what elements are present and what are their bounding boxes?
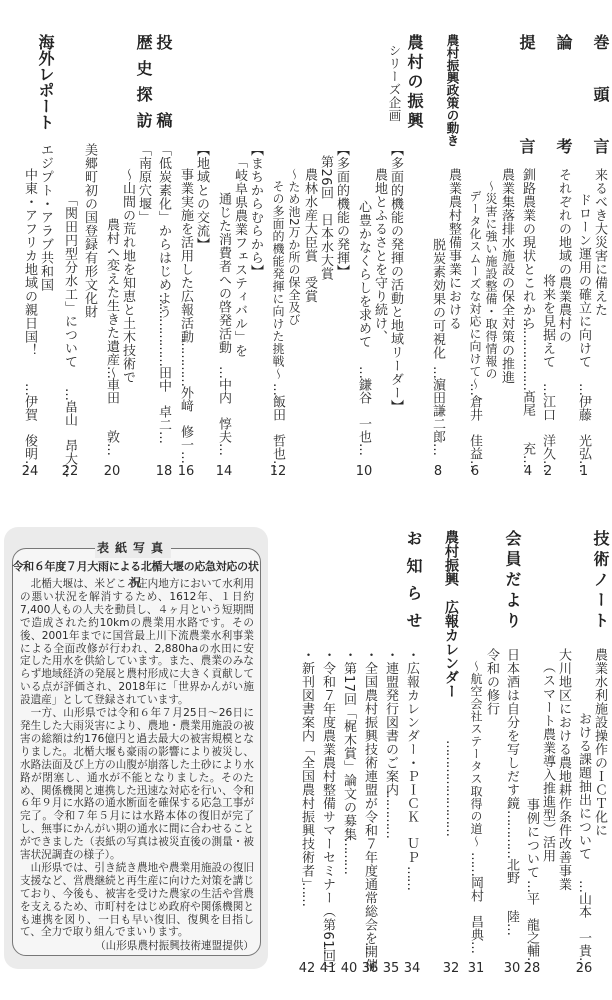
toc-entry-line[interactable]: ～災害に強い施設整備・取得情報の: [484, 180, 497, 380]
toc-entry-line[interactable]: 将来を見据えて: [541, 274, 554, 369]
toc-entry-line[interactable]: 日本酒は自分を写しだす鏡: [505, 648, 518, 810]
toc-entry-page[interactable]: 4: [519, 465, 537, 478]
toc-entry-line[interactable]: 「岐阜県農業フェスティバル」を: [233, 155, 246, 358]
toc-entry-author: ……岡村 昌典…: [469, 852, 482, 953]
toc-entry-author: …平 龍之輔…: [525, 880, 538, 969]
toc-entry-line[interactable]: 農地とふるさとを守り続け、: [373, 168, 386, 344]
toc-entry-line[interactable]: 第26回 日本水大賞: [319, 155, 332, 281]
toc-entry-line[interactable]: 【多面的機能の発揮の活動と地域リーダー】: [389, 143, 402, 413]
toc-entry-line[interactable]: 【地域との交流】: [195, 143, 208, 251]
section-heading-teigen: 提言: [518, 34, 534, 154]
toc-entry-author: …………外﨑 修一…: [179, 338, 192, 463]
toc-entry-line[interactable]: 農林水産大臣賞 受賞: [303, 168, 316, 303]
toc-entry-line[interactable]: 「関田円型分水工」について: [63, 193, 76, 369]
section-heading-pr-calendar[interactable]: 農村振興 広報カレンダー: [444, 530, 458, 698]
toc-entry-line[interactable]: 中東・アフリカ地域の親日国！: [23, 168, 36, 357]
toc-leader-dots: ……: [300, 882, 313, 906]
toc-entry-line[interactable]: 通じた消費者への啓発活動: [217, 192, 230, 354]
toc-entry-line[interactable]: 脱炭素効果の可視化: [431, 238, 444, 360]
toc-leader-dots: ………: [342, 838, 355, 874]
section-heading-notices: お知らせ: [405, 530, 421, 628]
toc-entry-page[interactable]: 20: [103, 465, 121, 478]
section-heading-policy: 農村振興政策の動き: [446, 34, 459, 147]
toc-entry-line[interactable]: 事業実施を活用した広報活動: [179, 168, 192, 344]
toc-entry-page[interactable]: 24: [21, 465, 39, 478]
notice-item-page[interactable]: 34: [403, 962, 421, 975]
notice-item-page[interactable]: 42: [298, 962, 316, 975]
toc-entry-author: ………………髙尾 充…: [521, 318, 534, 467]
toc-leader-dots: …: [321, 942, 334, 954]
toc-leader-dots: …………: [384, 790, 397, 838]
toc-entry-line[interactable]: 大川地区における農地耕作条件改善事業: [557, 648, 570, 891]
notice-item[interactable]: ・令和７年度農業農村整備サマーセミナー（第61回）: [321, 648, 334, 976]
toc-entry-page[interactable]: 12: [269, 465, 287, 478]
toc-entry-line[interactable]: （スマート農業導入推進型）活用: [541, 660, 554, 863]
cover-paragraph: 一方、山形県では令和６年７月25日～26日に発生した大雨災害により、農地・農業用…: [20, 707, 254, 862]
toc-leader-dots: ……: [405, 866, 418, 890]
section-heading-rural-development: 農村の振興: [406, 34, 422, 128]
cover-paragraph: 山形県では、引き続き農地や農業用施設の復旧支援など、営農継続と再生産に向けた対策…: [20, 862, 254, 939]
notice-item[interactable]: ・連盟発行図書のご案内: [384, 648, 397, 797]
toc-entry-author: …山本 一貴…: [577, 880, 590, 969]
notice-item[interactable]: ・第17回「梶木賞」論文の募集: [342, 648, 355, 841]
notice-item[interactable]: ・全国農村振興技術連盟が令和７年度通常総会を開催: [363, 648, 376, 972]
toc-entry-page[interactable]: 18: [155, 465, 173, 478]
toc-entry-line[interactable]: 農村へ変えた生きた遺産～: [105, 218, 118, 380]
toc-entry-page[interactable]: 32: [442, 962, 460, 975]
section-heading-tech-note: 技術ノート: [592, 530, 608, 628]
cover-photo-description: 北楯大堰は、米どころ庄内地方において水利用の悪い状況を解消するため、1612年、…: [20, 578, 254, 939]
toc-entry-author: …中内 惇夫…: [217, 366, 230, 455]
toc-entry-line[interactable]: 【まちからむらから】: [249, 143, 262, 278]
toc-entry-line[interactable]: 美郷町初の国登録有形文化財: [83, 143, 96, 319]
notice-item-page[interactable]: 40: [340, 962, 358, 975]
toc-entry-author: …車田 敦…: [105, 366, 118, 455]
toc-entry-author: ………………田中 卓二…: [157, 294, 170, 443]
section-heading-history: 歴史探訪: [135, 34, 151, 128]
toc-entry-author: …濵田謙二郎…: [431, 366, 444, 455]
section-heading-ronkou: 論考: [555, 34, 571, 154]
toc-entry-line[interactable]: ドローン運用の確立に向けて: [577, 193, 590, 369]
toc-entry-page[interactable]: 14: [215, 465, 233, 478]
toc-entry-page[interactable]: 30: [503, 962, 521, 975]
toc-entry-page[interactable]: 26: [575, 962, 593, 975]
toc-entry-line[interactable]: おける課題抽出について: [577, 712, 590, 861]
toc-entry-line[interactable]: 心豊かなくらしを求めて: [357, 200, 370, 349]
cover-photo-credit: （山形県農村振興技術連盟提供）: [90, 938, 254, 953]
toc-entry-line[interactable]: 来るべき大災害に備えた: [593, 168, 606, 317]
toc-entry-line[interactable]: 農業農村整備事業における: [447, 168, 460, 330]
toc-entry-author: …伊賀 俊明…: [23, 383, 36, 472]
toc-entry-line[interactable]: 釧路農業の現状とこれから: [521, 168, 534, 330]
toc-entry-line[interactable]: その多面的機能発揮に向けた挑戦～: [271, 180, 284, 380]
toc-entry-line[interactable]: 【多面的機能の発揮】: [335, 143, 348, 278]
toc-entry-line[interactable]: ～航空会社ステータス取得の道～: [469, 660, 482, 848]
series-subheading: シリーズ企画: [388, 44, 401, 122]
toc-entry-page[interactable]: 22: [61, 465, 79, 478]
toc-entry-author: …………北野 陸…: [505, 810, 518, 935]
notice-item[interactable]: ・新刊図書案内「全国農村振興技術者」: [300, 648, 313, 891]
notice-item[interactable]: ・広報カレンダー・ＰＩＣＫ ＵＰ: [405, 648, 418, 864]
toc-entry-line[interactable]: 事例について: [525, 798, 538, 879]
toc-entry-line[interactable]: 令和の修行: [485, 648, 498, 716]
section-heading-kantougen: 巻頭言: [592, 34, 608, 154]
toc-entry-page[interactable]: 6: [466, 465, 484, 478]
toc-entry-page[interactable]: 2: [539, 465, 557, 478]
toc-entry-page[interactable]: 31: [467, 962, 485, 975]
notice-item-page[interactable]: 41: [319, 962, 337, 975]
toc-entry-line[interactable]: ～山間の荒れ地を知恵と土木技術で: [121, 168, 134, 384]
cover-photo-label: 表紙写真: [95, 538, 171, 558]
section-heading-member-news: 会員だより: [504, 530, 520, 628]
toc-entry-page[interactable]: 16: [177, 465, 195, 478]
toc-entry-page[interactable]: 28: [523, 962, 541, 975]
notice-item-page[interactable]: 36: [361, 962, 379, 975]
section-heading-contribution: 投稿: [155, 34, 171, 128]
toc-entry-line[interactable]: 「南原穴堰」: [137, 143, 150, 224]
toc-entry-author: …江口 洋久…: [541, 383, 554, 472]
toc-entry-page[interactable]: 1: [575, 465, 593, 478]
toc-entry-line[interactable]: エジプト・アラブ共和国: [39, 143, 52, 292]
toc-entry-page[interactable]: 10: [355, 465, 373, 478]
toc-entry-page[interactable]: 8: [429, 465, 447, 478]
toc-entry-line[interactable]: 農業集落排水施設の保全対策の推進: [500, 168, 513, 384]
cover-paragraph: 北楯大堰は、米どころ庄内地方において水利用の悪い状況を解消するため、1612年、…: [20, 578, 254, 707]
toc-entry-line[interactable]: 農業水利施設操作のＩＣＴ化に: [593, 648, 606, 837]
toc-leader-dots: ……………………: [444, 740, 457, 836]
toc-entry-author: …倉井 佳益…: [468, 383, 481, 472]
toc-entry-line[interactable]: データ化スムーズな対応に向けて～: [468, 190, 481, 390]
toc-entry-author: …飯田 哲也…: [271, 383, 284, 472]
toc-entry-line[interactable]: 「低炭素化」からはじめよう: [157, 143, 170, 319]
toc-leader-dots: …: [363, 942, 376, 954]
toc-entry-author: …鎌谷 一也…: [357, 366, 370, 455]
toc-entry-author: …伊藤 光弘…: [577, 383, 590, 472]
toc-entry-line[interactable]: それぞれの地域の農業農村の: [557, 168, 570, 344]
section-heading-overseas-report: 海外レポート: [37, 34, 53, 130]
notice-item-page[interactable]: 35: [382, 962, 400, 975]
toc-entry-line[interactable]: ～ため池2万か所の保全及び: [287, 168, 300, 326]
